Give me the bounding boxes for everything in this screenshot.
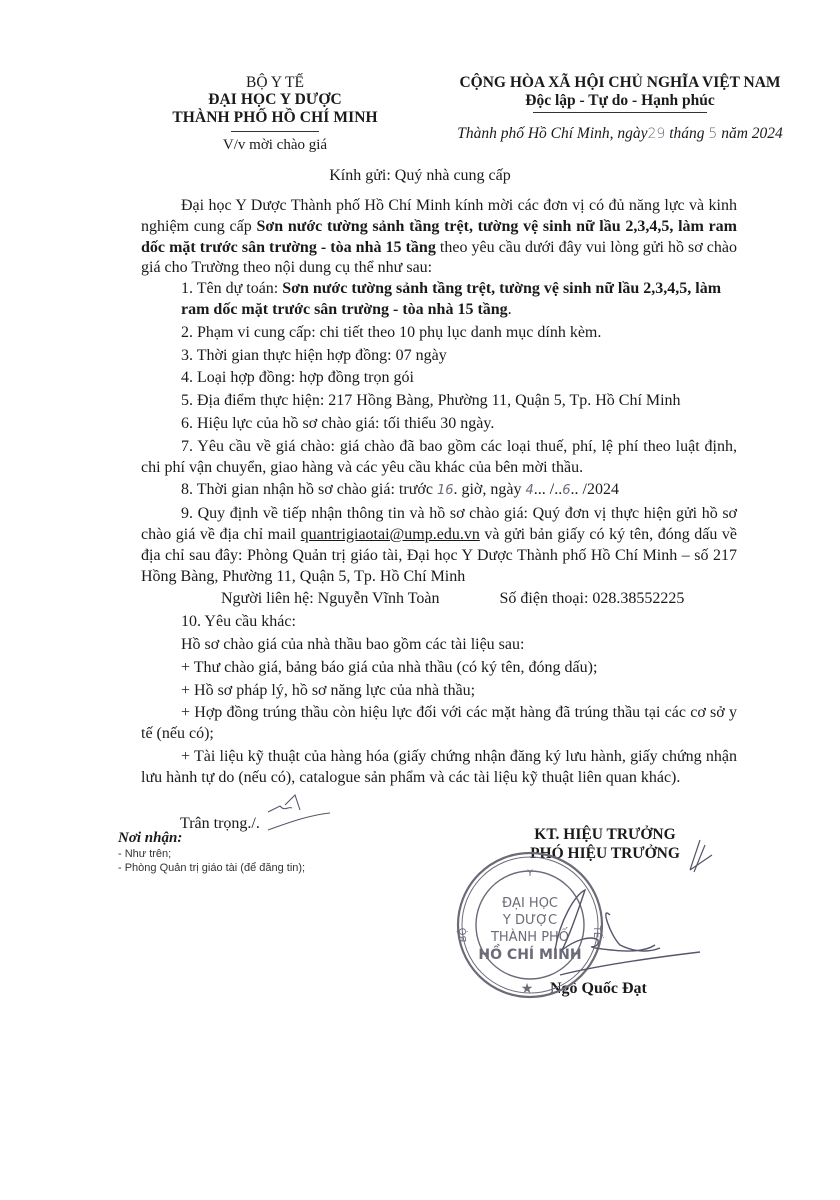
svg-text:HỒ CHÍ MINH: HỒ CHÍ MINH: [478, 944, 581, 963]
handwritten-hour: 16: [437, 483, 454, 498]
item-8-prefix: 8. Thời gian nhận hồ sơ chào giá: trước: [181, 481, 437, 498]
letter-body: Đại học Y Dược Thành phố Hồ Chí Minh kín…: [141, 196, 737, 789]
svg-text:BỘ: BỘ: [456, 928, 469, 943]
handwritten-day: 29: [648, 126, 666, 142]
seal-text: ĐẠI HỌC Y DƯỢC THÀNH PHỐ HỒ CHÍ MINH Y B…: [456, 869, 605, 997]
item-1-label: 1. Tên dự toán:: [181, 280, 282, 297]
motto-underline: [533, 112, 707, 113]
recipient-item: - Phòng Quản trị giáo tài (để đăng tin);: [118, 861, 305, 875]
item-7: 7. Yêu cầu về giá chào: giá chào đã bao …: [141, 437, 737, 479]
recipients-title: Nơi nhận:: [118, 830, 305, 847]
closing-initial-icon: [268, 795, 330, 830]
handwritten-month: 5: [708, 126, 717, 142]
signer-role-2: PHÓ HIỆU TRƯỞNG: [500, 844, 710, 863]
nation-title: CỘNG HÒA XÃ HỘI CHỦ NGHĨA VIỆT NAM: [420, 74, 820, 92]
recipients: Nơi nhận: - Như trên; - Phòng Quản trị g…: [118, 830, 305, 875]
handwritten-deadline-day: 4: [526, 483, 534, 498]
item-3: 3. Thời gian thực hiện hợp đồng: 07 ngày: [141, 346, 737, 367]
item-10: 10. Yêu cầu khác:: [141, 612, 737, 633]
item-8: 8. Thời gian nhận hồ sơ chào giá: trước …: [141, 480, 737, 502]
contact-phone: Số điện thoại: 028.38552225: [460, 589, 685, 610]
svg-text:TẾ: TẾ: [591, 925, 605, 939]
handwritten-deadline-month: 6: [562, 483, 570, 498]
intro-paragraph: Đại học Y Dược Thành phố Hồ Chí Minh kín…: [141, 196, 737, 279]
item-8-sep: ... /..: [534, 481, 562, 498]
doc-item: + Hợp đồng trúng thầu còn hiệu lực đối v…: [141, 703, 737, 745]
item-4: 4. Loại hợp đồng: hợp đồng trọn gói: [141, 368, 737, 389]
official-seal-icon: [458, 853, 602, 997]
item-1-end: .: [508, 301, 512, 318]
header-divider: [231, 131, 319, 132]
national-motto: Độc lập - Tự do - Hạnh phúc: [420, 92, 820, 110]
doc-item: + Tài liệu kỹ thuật của hàng hóa (giấy c…: [141, 747, 737, 789]
svg-text:Y: Y: [526, 869, 533, 879]
signer-name: Ngô Quốc Đạt: [550, 980, 647, 998]
dateline: Thành phố Hồ Chí Minh, ngày29 tháng 5 nă…: [420, 125, 820, 143]
contact-line: Người liên hệ: Nguyễn Vĩnh ToànSố điện t…: [141, 589, 737, 610]
document-subject: V/v mời chào giá: [150, 136, 400, 154]
svg-text:THÀNH PHỐ: THÀNH PHỐ: [490, 928, 569, 945]
svg-text:ĐẠI HỌC: ĐẠI HỌC: [502, 896, 558, 911]
star-icon: ★: [521, 981, 534, 997]
email-link[interactable]: quantrigiaotai@ump.edu.vn: [301, 526, 480, 543]
signature-block: KT. HIỆU TRƯỞNG PHÓ HIỆU TRƯỞNG: [500, 825, 710, 863]
doc-item: + Thư chào giá, bảng báo giá của nhà thầ…: [141, 658, 737, 679]
item-8-mid: . giờ, ngày: [453, 481, 525, 498]
national-header: CỘNG HÒA XÃ HỘI CHỦ NGHĨA VIỆT NAM Độc l…: [420, 74, 820, 143]
org-name-line1: ĐẠI HỌC Y DƯỢC: [150, 91, 400, 109]
item-5: 5. Địa điểm thực hiện: 217 Hồng Bàng, Ph…: [141, 391, 737, 412]
signer-role-1: KT. HIỆU TRƯỞNG: [500, 825, 710, 844]
salutation: Kính gửi: Quý nhà cung cấp: [0, 167, 840, 185]
dateline-prefix: Thành phố Hồ Chí Minh, ngày: [457, 125, 647, 142]
signature-scribble-icon: [555, 890, 700, 975]
dateline-month-label: tháng: [669, 125, 704, 142]
contact-person: Người liên hệ: Nguyễn Vĩnh Toàn: [181, 589, 440, 610]
item-1: 1. Tên dự toán: Sơn nước tường sảnh tầng…: [141, 279, 737, 321]
dateline-year: năm 2024: [721, 125, 783, 142]
recipient-item: - Như trên;: [118, 847, 305, 861]
item-9: 9. Quy định về tiếp nhận thông tin và hồ…: [141, 504, 737, 587]
ministry-name: BỘ Y TẾ: [150, 74, 400, 91]
svg-text:Y DƯỢC: Y DƯỢC: [502, 913, 557, 928]
item-8-suffix: .. /2024: [571, 481, 619, 498]
org-name-line2: THÀNH PHỐ HỒ CHÍ MINH: [150, 109, 400, 127]
docs-intro: Hồ sơ chào giá của nhà thầu bao gồm các …: [141, 635, 737, 656]
issuer-header: BỘ Y TẾ ĐẠI HỌC Y DƯỢC THÀNH PHỐ HỒ CHÍ …: [150, 74, 400, 154]
item-6: 6. Hiệu lực của hồ sơ chào giá: tối thiể…: [141, 414, 737, 435]
doc-item: + Hồ sơ pháp lý, hồ sơ năng lực của nhà …: [141, 681, 737, 702]
item-2: 2. Phạm vi cung cấp: chi tiết theo 10 ph…: [141, 323, 737, 344]
